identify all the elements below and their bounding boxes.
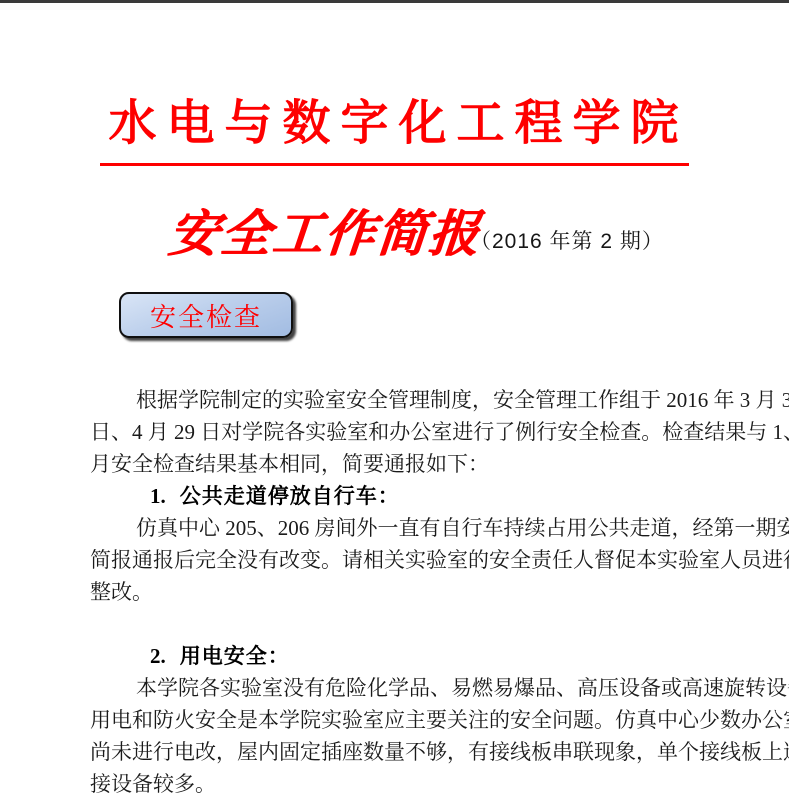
section-2-line-4: 接设备较多。: [90, 768, 706, 800]
safety-inspection-badge: 安全检查: [119, 292, 293, 338]
section-2-heading: 2.用电安全：: [90, 640, 706, 672]
section-2-line-2: 用电和防火安全是本学院实验室应主要关注的安全问题。仿真中心少数办公室: [90, 704, 706, 736]
section-1-title: 公共走道停放自行车：: [180, 485, 400, 508]
issue-label: （2016 年第 2 期）: [470, 230, 664, 254]
intro-line-2: 日、4 月 29 日对学院各实验室和办公室进行了例行安全检查。检查结果与 1、2: [90, 416, 706, 448]
bulletin-title: 安全工作简报: [166, 206, 483, 262]
badge-label: 安全检查: [150, 297, 262, 334]
org-title: 水电与数字化工程学院: [100, 96, 688, 166]
document-page: 水电与数字化工程学院 安全工作简报 （2016 年第 2 期） 安全检查 根据学…: [0, 0, 789, 802]
document-body: 根据学院制定的实验室安全管理制度，安全管理工作组于 2016 年 3 月 30 …: [90, 384, 706, 800]
section-2-line-1: 本学院各实验室没有危险化学品、易燃易爆品、高压设备或高速旋转设备，: [90, 672, 706, 704]
section-1-line-1: 仿真中心 205、206 房间外一直有自行车持续占用公共走道，经第一期安全: [90, 512, 706, 544]
section-2-title: 用电安全：: [180, 645, 290, 668]
intro-line-3: 月安全检查结果基本相同，简要通报如下：: [90, 448, 706, 480]
section-1-line-3: 整改。: [90, 576, 706, 608]
window-top-edge: [0, 0, 789, 3]
header: 水电与数字化工程学院: [0, 96, 789, 166]
section-2-line-3: 尚未进行电改，屋内固定插座数量不够，有接线板串联现象，单个接线板上连: [90, 736, 706, 768]
intro-line-1: 根据学院制定的实验室安全管理制度，安全管理工作组于 2016 年 3 月 30: [90, 384, 706, 416]
blank-line: [90, 608, 706, 640]
section-1-line-2: 简报通报后完全没有改变。请相关实验室的安全责任人督促本实验室人员进行: [90, 544, 706, 576]
section-2-number: 2.: [150, 644, 166, 668]
section-1-heading: 1.公共走道停放自行车：: [90, 480, 706, 512]
bulletin-title-row: 安全工作简报 （2016 年第 2 期）: [0, 202, 789, 277]
section-1-number: 1.: [150, 484, 166, 508]
